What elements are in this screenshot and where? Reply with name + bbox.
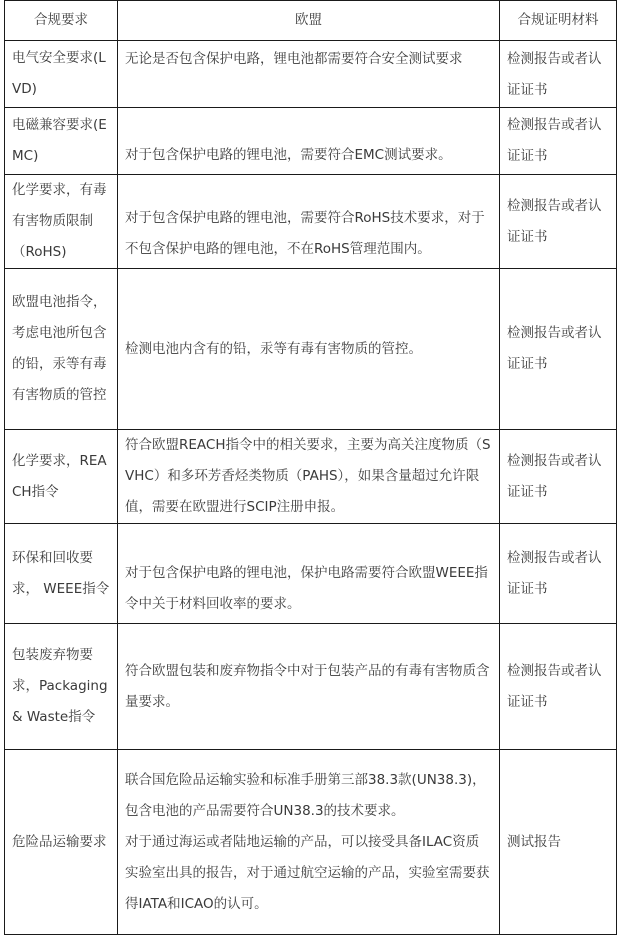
table-row: 欧盟电池指令，考虑电池所包含的铅，汞等有毒有害物质的管控 检测电池内含有的铅，汞… bbox=[5, 269, 617, 430]
cell-evidence: 测试报告 bbox=[500, 750, 617, 935]
header-requirement: 合规要求 bbox=[5, 1, 118, 41]
table-row: 危险品运输要求 联合国危险品运输实验和标准手册第三部38.3款(UN38.3)，… bbox=[5, 750, 617, 935]
cell-eu: 对于包含保护电路的锂电池，需要符合RoHS技术要求，对于不包含保护电路的锂电池，… bbox=[118, 175, 500, 269]
cell-evidence: 检测报告或者认证证书 bbox=[500, 524, 617, 624]
cell-eu: 对于包含保护电路的锂电池，需要符合EMC测试要求。 bbox=[118, 108, 500, 175]
header-evidence: 合规证明材料 bbox=[500, 1, 617, 41]
compliance-table: 合规要求 欧盟 合规证明材料 电气安全要求(LVD) 无论是否包含保护电路，锂电… bbox=[4, 0, 617, 935]
cell-eu: 检测电池内含有的铅，汞等有毒有害物质的管控。 bbox=[118, 269, 500, 430]
eu-paragraph-2: 对于通过海运或者陆地运输的产品，可以接受具备ILAC资质实验室出具的报告，对于通… bbox=[125, 827, 492, 920]
table-row: 环保和回收要求， WEEE指令 对于包含保护电路的锂电池，保护电路需要符合欧盟W… bbox=[5, 524, 617, 624]
cell-eu: 无论是否包含保护电路，锂电池都需要符合安全测试要求 bbox=[118, 41, 500, 108]
cell-requirement: 电气安全要求(LVD) bbox=[5, 41, 118, 108]
cell-requirement: 化学要求，REACH指令 bbox=[5, 430, 118, 524]
cell-requirement: 危险品运输要求 bbox=[5, 750, 118, 935]
table-row: 包装废弃物要求，Packaging & Waste指令 符合欧盟包装和废弃物指令… bbox=[5, 624, 617, 750]
table-row: 化学要求，有毒有害物质限制（RoHS) 对于包含保护电路的锂电池，需要符合RoH… bbox=[5, 175, 617, 269]
table-row: 电气安全要求(LVD) 无论是否包含保护电路，锂电池都需要符合安全测试要求 检测… bbox=[5, 41, 617, 108]
cell-evidence: 检测报告或者认证证书 bbox=[500, 430, 617, 524]
table-header-row: 合规要求 欧盟 合规证明材料 bbox=[5, 1, 617, 41]
cell-requirement: 欧盟电池指令，考虑电池所包含的铅，汞等有毒有害物质的管控 bbox=[5, 269, 118, 430]
eu-paragraph-1: 联合国危险品运输实验和标准手册第三部38.3款(UN38.3)，包含电池的产品需… bbox=[125, 765, 492, 827]
cell-eu: 符合欧盟包装和废弃物指令中对于包装产品的有毒有害物质含量要求。 bbox=[118, 624, 500, 750]
header-eu: 欧盟 bbox=[118, 1, 500, 41]
cell-requirement: 环保和回收要求， WEEE指令 bbox=[5, 524, 118, 624]
cell-evidence: 检测报告或者认证证书 bbox=[500, 624, 617, 750]
cell-requirement: 电磁兼容要求(EMC) bbox=[5, 108, 118, 175]
cell-eu: 联合国危险品运输实验和标准手册第三部38.3款(UN38.3)，包含电池的产品需… bbox=[118, 750, 500, 935]
cell-evidence: 检测报告或者认证证书 bbox=[500, 269, 617, 430]
cell-eu: 符合欧盟REACH指令中的相关要求，主要为高关注度物质（SVHC）和多环芳香烃类… bbox=[118, 430, 500, 524]
table-row: 化学要求，REACH指令 符合欧盟REACH指令中的相关要求，主要为高关注度物质… bbox=[5, 430, 617, 524]
cell-evidence: 检测报告或者认证证书 bbox=[500, 108, 617, 175]
table-row: 电磁兼容要求(EMC) 对于包含保护电路的锂电池，需要符合EMC测试要求。 检测… bbox=[5, 108, 617, 175]
cell-eu: 对于包含保护电路的锂电池，保护电路需要符合欧盟WEEE指令中关于材料回收率的要求… bbox=[118, 524, 500, 624]
cell-evidence: 检测报告或者认证证书 bbox=[500, 175, 617, 269]
cell-evidence: 检测报告或者认证证书 bbox=[500, 41, 617, 108]
cell-requirement: 包装废弃物要求，Packaging & Waste指令 bbox=[5, 624, 118, 750]
cell-requirement: 化学要求，有毒有害物质限制（RoHS) bbox=[5, 175, 118, 269]
